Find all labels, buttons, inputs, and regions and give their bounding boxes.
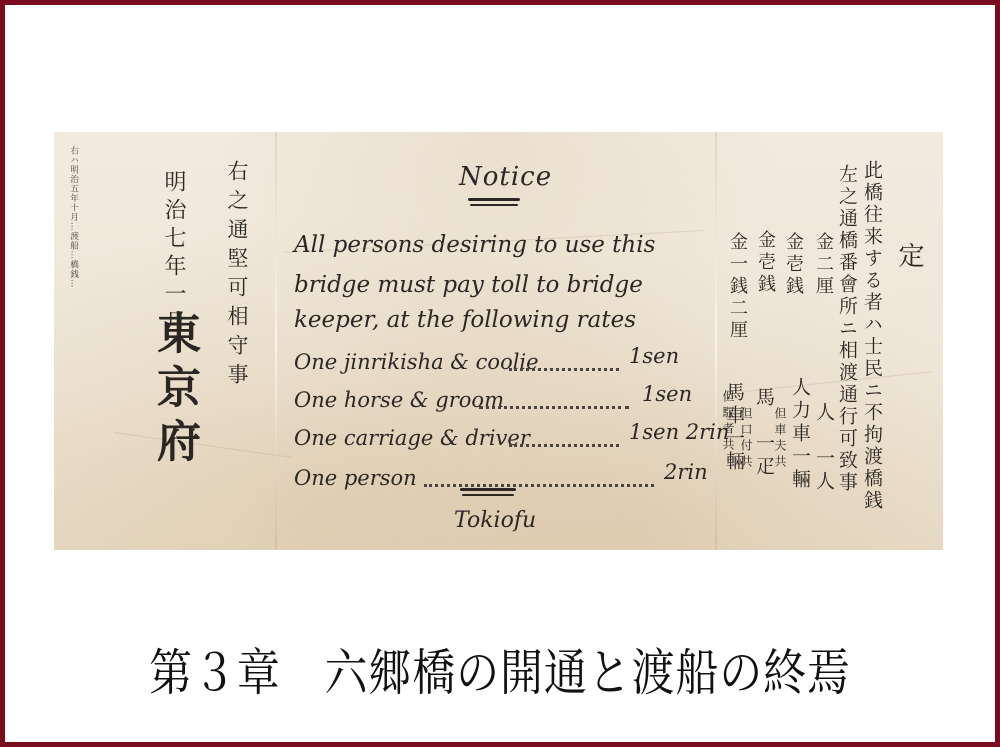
leader-dots (509, 366, 619, 371)
rate-item: One horse & groom (294, 388, 504, 412)
sadame-heading: 定 (896, 242, 922, 272)
fold-line-right (715, 132, 717, 550)
signature-rule (462, 494, 514, 496)
heading-underline (468, 198, 520, 201)
jp-rate-note: 但車夫共 (774, 407, 786, 471)
rate-row: One carriage & driver 1sen 2rin (294, 426, 694, 454)
signature-rule (460, 488, 516, 491)
rate-amount: 1sen (629, 344, 679, 368)
page-frame: 右ハ明治五年十月…渡船…橋銭… 右之通堅可相守事 明治七年一月 東京府 Noti… (0, 0, 1000, 747)
toll-notice-document: 右ハ明治五年十月…渡船…橋銭… 右之通堅可相守事 明治七年一月 東京府 Noti… (54, 132, 943, 550)
heading-underline (470, 204, 518, 206)
regulation-line: 此橋往来する者ハ士民ニ不拘渡橋銭 (862, 160, 881, 512)
signature-text: Tokiofu (454, 508, 536, 533)
regulation-line: 左之通橋番會所ニ相渡通行可致事 (837, 164, 856, 494)
jp-rate-amount: 金一銭二厘 (728, 232, 746, 342)
rate-item: One jinrikisha & coolie (294, 350, 539, 374)
rate-row: One horse & groom 1sen (294, 388, 694, 416)
notice-heading: Notice (459, 162, 552, 192)
paper-crease (114, 432, 292, 458)
jp-rate-item: 馬 一疋 (754, 387, 773, 479)
notice-body-line: bridge must pay toll to bridge (294, 272, 643, 298)
jp-rate-amount: 金二厘 (814, 232, 832, 298)
leader-dots (479, 404, 629, 409)
fold-line-left (275, 132, 277, 550)
jp-rate-item: 人力車一輛 (790, 377, 809, 492)
notice-body-line: All persons desiring to use this (294, 232, 655, 258)
issuer-text: 東京府 (152, 310, 196, 472)
rate-row: One jinrikisha & coolie 1sen (294, 350, 694, 378)
rate-amount: 1sen (642, 382, 692, 406)
jp-rate-note: 但馭者共 (722, 390, 734, 454)
chapter-title: 第３章 六郷橋の開通と渡船の終焉 (74, 633, 925, 705)
rate-item: One person (294, 466, 417, 490)
leader-dots (424, 482, 654, 487)
rate-amount: 2rin (664, 460, 708, 484)
rate-amount: 1sen 2rin (629, 420, 729, 444)
jp-rate-item: 人 一人 (814, 402, 833, 494)
rate-item: One carriage & driver (294, 426, 530, 450)
leader-dots (509, 442, 619, 447)
notice-body-line: keeper, at the following rates (294, 307, 636, 333)
jp-rate-amount: 金壱銭 (784, 232, 802, 298)
small-annotation-text: 右ハ明治五年十月…渡船…橋銭… (68, 146, 79, 506)
jp-rate-amount: 金壱銭 (756, 230, 774, 296)
instruction-text: 右之通堅可相守事 (226, 160, 247, 392)
